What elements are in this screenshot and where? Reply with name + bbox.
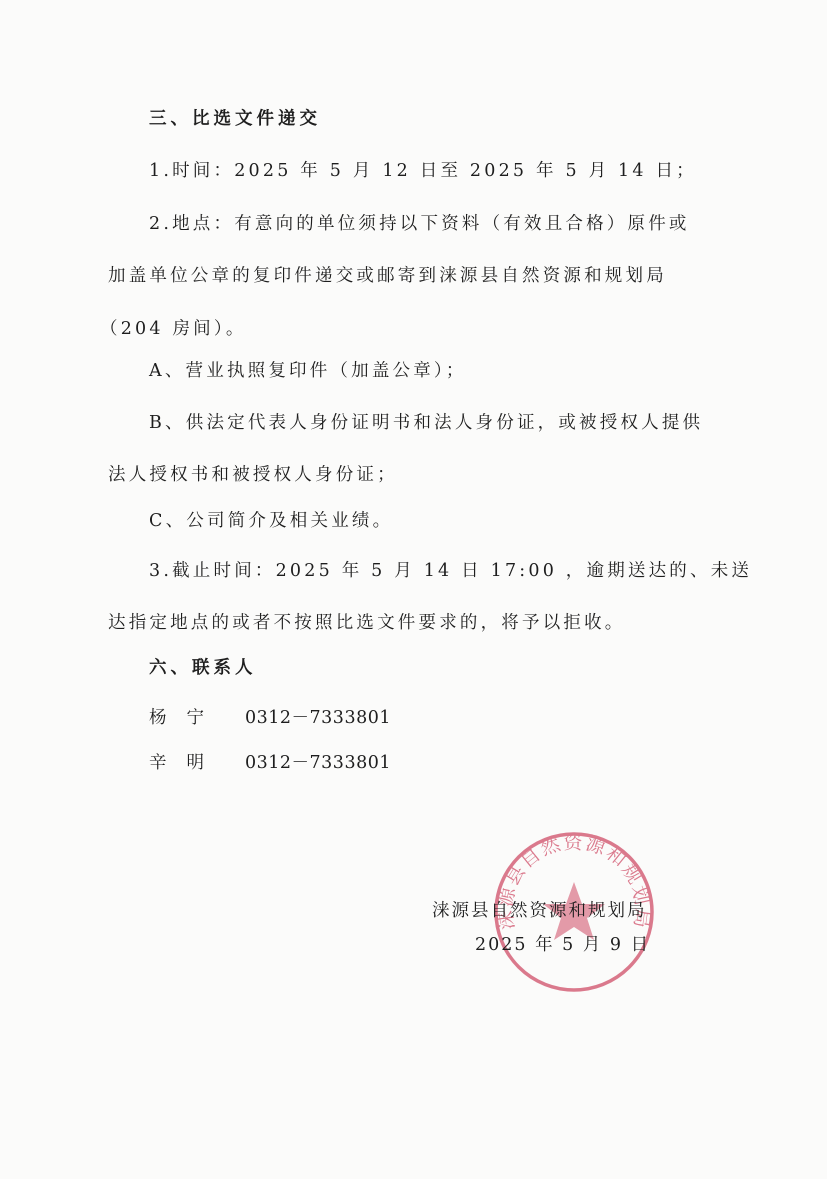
section-six-heading: 六、联系人 — [149, 657, 257, 679]
requirement-a: A、营业执照复印件（加盖公章）； — [149, 360, 467, 382]
contact-name: 辛明 — [149, 752, 245, 774]
submission-time: 1.时间：2025 年 5 月 12 日至 2025 年 5 月 14 日； — [149, 160, 697, 182]
contact-name: 杨宁 — [149, 707, 245, 729]
deadline-line1: 3.截止时间：2025 年 5 月 14 日 17:00 ，逾期送达的、未送 — [149, 560, 752, 582]
requirement-b-line1: B、供法定代表人身份证明书和法人身份证，或被授权人提供 — [149, 412, 703, 434]
signing-organization: 涞源县自然资源和规划局 — [432, 897, 647, 922]
section-three-heading: 三、比选文件递交 — [149, 108, 321, 130]
contact-row: 杨宁0312－7333801 — [149, 707, 391, 729]
contact-row: 辛明0312－7333801 — [149, 752, 391, 774]
requirement-c: C、公司简介及相关业绩。 — [149, 510, 393, 532]
contact-phone: 0312－7333801 — [245, 708, 391, 728]
submission-location-line3: （204 房间）。 — [100, 318, 247, 340]
contact-phone: 0312－7333801 — [245, 753, 391, 773]
document-page: 三、比选文件递交 1.时间：2025 年 5 月 12 日至 2025 年 5 … — [0, 0, 827, 1179]
signing-date: 2025 年 5 月 9 日 — [475, 931, 650, 956]
deadline-line2: 达指定地点的或者不按照比选文件要求的，将予以拒收。 — [108, 612, 626, 634]
submission-location-line2: 加盖单位公章的复印件递交或邮寄到涞源县自然资源和规划局 — [108, 265, 667, 287]
submission-location-line1: 2.地点：有意向的单位须持以下资料（有效且合格）原件或 — [149, 213, 690, 235]
requirement-b-line2: 法人授权书和被授权人身份证； — [108, 464, 398, 486]
